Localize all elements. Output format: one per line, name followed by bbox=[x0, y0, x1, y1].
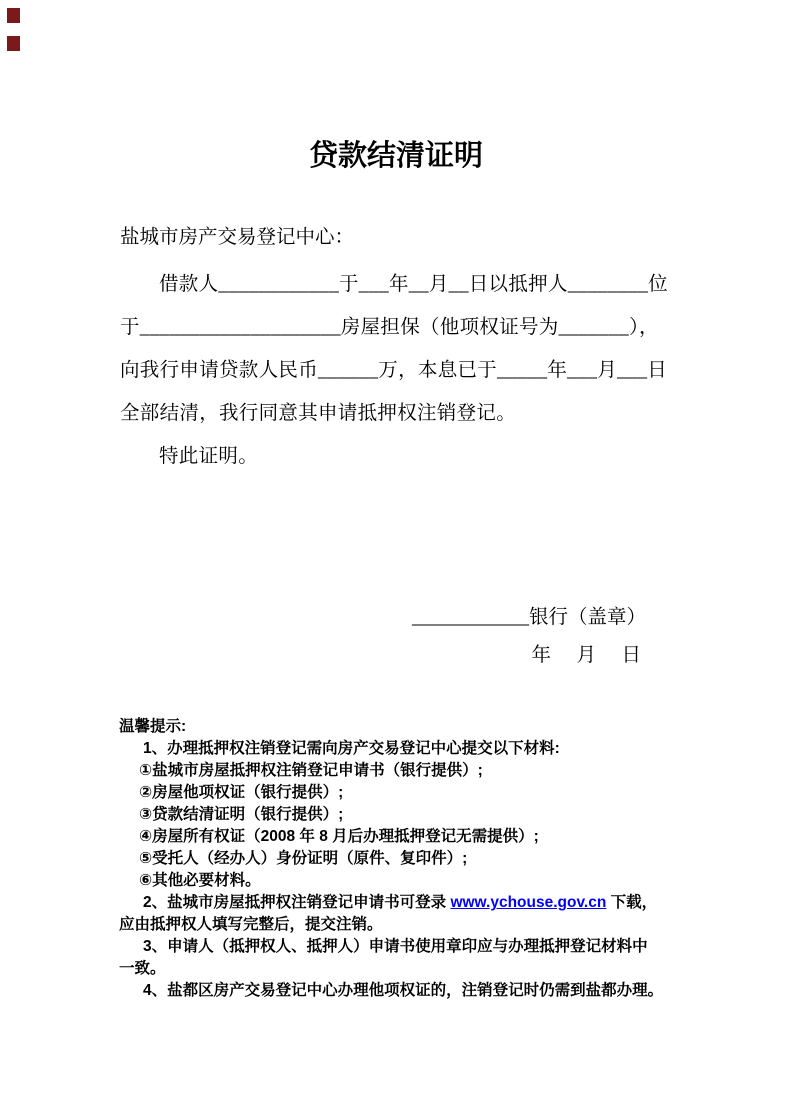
notes-section: 温馨提示: 1、办理抵押权注销登记需向房产交易登记中心提交以下材料: ①盐城市房… bbox=[119, 716, 705, 1002]
note-line: 一致。 bbox=[119, 958, 705, 980]
note-line-with-link: 2、盐城市房屋抵押权注销登记申请书可登录 www.ychouse.gov.cn … bbox=[119, 892, 705, 914]
note-line: ③贷款结清证明（银行提供）; bbox=[119, 804, 705, 826]
note-line-text: 2、盐城市房屋抵押权注销登记申请书可登录 bbox=[143, 894, 450, 911]
note-line: ①盐城市房屋抵押权注销登记申请书（银行提供）; bbox=[119, 760, 705, 782]
note-line: 4、盐都区房产交易登记中心办理他项权证的，注销登记时仍需到盐都办理。 bbox=[119, 980, 705, 1002]
website-link[interactable]: www.ychouse.gov.cn bbox=[450, 894, 606, 911]
notes-heading: 温馨提示: bbox=[119, 716, 705, 738]
note-line: ⑥其他必要材料。 bbox=[119, 870, 705, 892]
note-line: ⑤受托人（经办人）身份证明（原件、复印件）; bbox=[119, 848, 705, 870]
body-line: 特此证明。 bbox=[120, 435, 690, 478]
note-line: 应由抵押权人填写完整后，提交注销。 bbox=[119, 914, 705, 936]
salutation: 盐城市房产交易登记中心： bbox=[120, 227, 354, 249]
page-title: 贷款结清证明 bbox=[0, 140, 792, 173]
corner-mark-top-icon bbox=[7, 8, 20, 23]
bank-signature-line: ____________银行（盖章） bbox=[412, 607, 646, 629]
note-line: ②房屋他项权证（银行提供）; bbox=[119, 782, 705, 804]
certificate-body: 借款人____________于___年__月__日以抵押人________位 … bbox=[120, 263, 690, 478]
note-line-text: 下载， bbox=[606, 894, 657, 911]
body-line: 向我行申请贷款人民币______万，本息已于_____年___月___日 bbox=[120, 349, 690, 392]
body-line: 借款人____________于___年__月__日以抵押人________位 bbox=[120, 263, 690, 306]
body-line: 全部结清，我行同意其申请抵押权注销登记。 bbox=[120, 392, 690, 435]
document-page: 贷款结清证明 盐城市房产交易登记中心： 借款人____________于___年… bbox=[0, 0, 792, 1120]
corner-mark-bottom-icon bbox=[7, 36, 20, 51]
note-line: 3、申请人（抵押权人、抵押人）申请书使用章印应与办理抵押登记材料中 bbox=[119, 936, 705, 958]
body-line: 于____________________房屋担保（他项权证号为_______）… bbox=[120, 306, 690, 349]
note-line: ④房屋所有权证（2008 年 8 月后办理抵押登记无需提供）; bbox=[119, 826, 705, 848]
note-line: 1、办理抵押权注销登记需向房产交易登记中心提交以下材料: bbox=[119, 738, 705, 760]
date-line: 年 月 日 bbox=[531, 645, 644, 667]
